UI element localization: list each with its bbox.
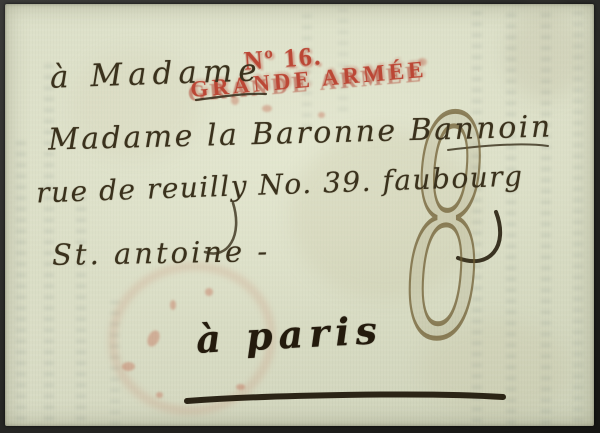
paper-stain [290,130,480,300]
address-street-2: St. antoine - [52,234,271,272]
address-salutation: à Madame [49,52,263,95]
ghost-column [472,10,482,422]
cover-photo: Nº 16. GRANDE ARMÉE 8 à Madame Madame la… [0,0,600,433]
ghost-column [573,12,583,422]
ghost-column [76,190,86,420]
ghost-column [541,6,551,424]
ghost-column [506,8,516,424]
ghost-column [338,6,348,111]
ghost-column [16,140,26,420]
